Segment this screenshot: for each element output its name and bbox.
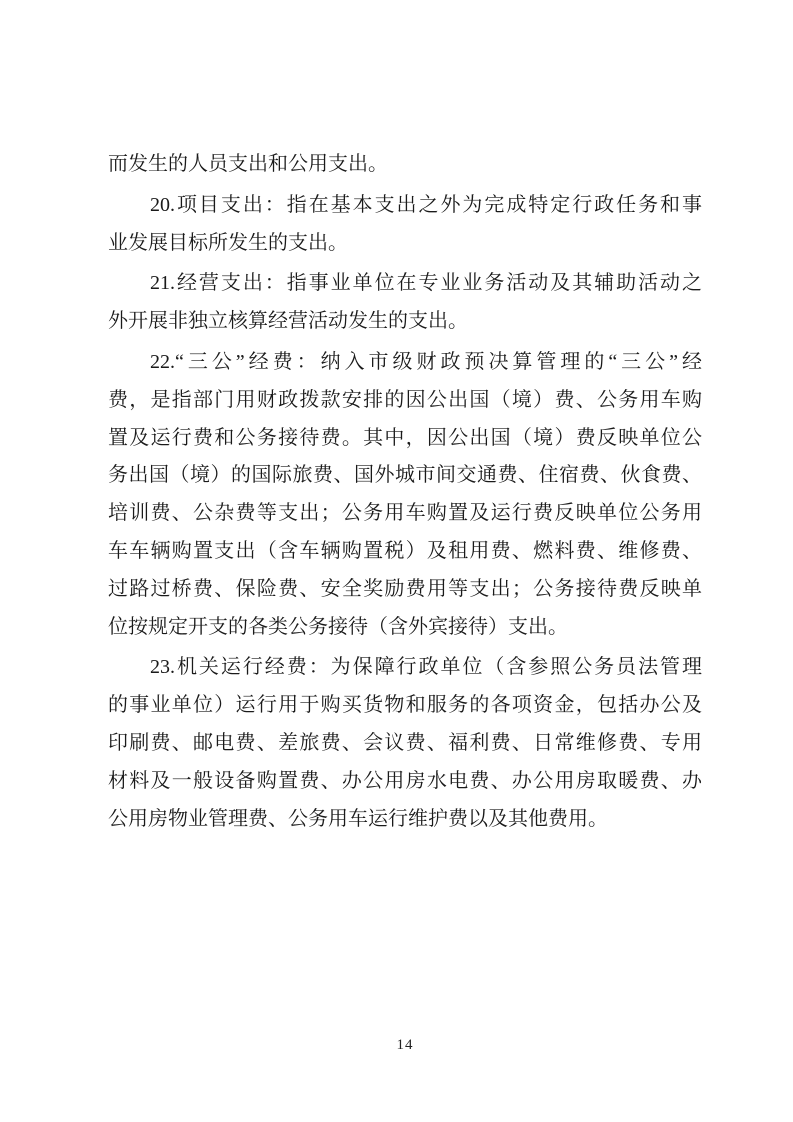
- text-line: 位按规定开支的各类公务接待（含外宾接待）支出。: [108, 609, 702, 647]
- paragraph-item-22: 22.“三公”经费：纳入市级财政预决算管理的“三公”经费，是指部门用财政拨款安排…: [108, 344, 702, 646]
- text-line: 公用房物业管理费、公务用车运行维护费以及其他费用。: [108, 801, 702, 839]
- text-line: 印刷费、邮电费、差旅费、会议费、福利费、日常维修费、专用: [108, 725, 702, 763]
- text-line: 20.项目支出：指在基本支出之外为完成特定行政任务和事: [108, 187, 702, 225]
- text-line: 材料及一般设备购置费、办公用房水电费、办公用房取暖费、办: [108, 763, 702, 801]
- page-footer: 14: [108, 1036, 702, 1054]
- paragraph-item-23: 23.机关运行经费：为保障行政单位（含参照公务员法管理的事业单位）运行用于购买货…: [108, 649, 702, 838]
- document-body: 而发生的人员支出和公用支出。20.项目支出：指在基本支出之外为完成特定行政任务和…: [108, 146, 702, 838]
- paragraph-item-20: 20.项目支出：指在基本支出之外为完成特定行政任务和事业发展目标所发生的支出。: [108, 187, 702, 263]
- text-line: 务出国（境）的国际旅费、国外城市间交通费、住宿费、伙食费、: [108, 457, 702, 495]
- paragraph-continuation: 而发生的人员支出和公用支出。: [108, 146, 702, 184]
- text-line: 的事业单位）运行用于购买货物和服务的各项资金，包括办公及: [108, 687, 702, 725]
- text-line: 21.经营支出：指事业单位在专业业务活动及其辅助活动之: [108, 265, 702, 303]
- text-line: 过路过桥费、保险费、安全奖励费用等支出；公务接待费反映单: [108, 571, 702, 609]
- text-line: 业发展目标所发生的支出。: [108, 225, 702, 263]
- page-number: 14: [397, 1037, 414, 1053]
- text-line: 而发生的人员支出和公用支出。: [108, 146, 702, 184]
- paragraph-item-21: 21.经营支出：指事业单位在专业业务活动及其辅助活动之外开展非独立核算经营活动发…: [108, 265, 702, 341]
- text-line: 23.机关运行经费：为保障行政单位（含参照公务员法管理: [108, 649, 702, 687]
- document-page: 而发生的人员支出和公用支出。20.项目支出：指在基本支出之外为完成特定行政任务和…: [0, 0, 793, 1122]
- text-line: 费，是指部门用财政拨款安排的因公出国（境）费、公务用车购: [108, 382, 702, 420]
- text-line: 22.“三公”经费：纳入市级财政预决算管理的“三公”经: [108, 344, 702, 382]
- text-line: 培训费、公杂费等支出；公务用车购置及运行费反映单位公务用: [108, 495, 702, 533]
- text-line: 车车辆购置支出（含车辆购置税）及租用费、燃料费、维修费、: [108, 533, 702, 571]
- text-line: 置及运行费和公务接待费。其中，因公出国（境）费反映单位公: [108, 420, 702, 458]
- text-line: 外开展非独立核算经营活动发生的支出。: [108, 303, 702, 341]
